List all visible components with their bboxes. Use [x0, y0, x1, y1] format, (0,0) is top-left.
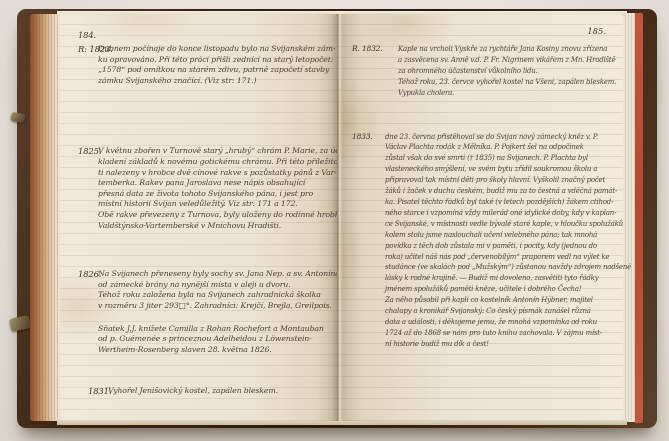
entry-line: lásky k rodné krajině. — Budiž mi dovole…	[385, 273, 617, 284]
entry-year: 1826.	[78, 269, 101, 280]
entry-line: ného starce i vzpomíná vždy milerád oné …	[385, 208, 617, 219]
entry-line: temberka. Rakev pana Jaroslava nese nápi…	[98, 178, 327, 189]
entry-line: Dubnem počínaje do konce listopadu bylo …	[98, 44, 327, 55]
right-page-text: R. 1832.Kaple na vrcholi Vyskře za rycht…	[352, 44, 617, 350]
entry-line: „1578“ pod omítkou na starém zdivu, patr…	[98, 65, 327, 76]
entry-line: vlasteneckého smýšlení, ve svém bytu zří…	[385, 164, 617, 175]
open-chronicle-book: 184. R: 1823.Dubnem počínaje do konce li…	[17, 9, 657, 428]
entry-line: zámku Svijanského značící. (Viz str: 171…	[98, 76, 327, 87]
entry-line: v rozměru 3 jiter 293□°. Zahradníci: Kre…	[98, 301, 327, 312]
entry-line: za ohromného účastenství vůkolního lidu.	[398, 66, 617, 77]
chronicle-entry: 1831.Vyhořel Jenišovický kostel, zapálen…	[88, 386, 327, 397]
page-number-left: 184.	[78, 30, 327, 40]
entry-line: Obě rakve převezeny z Turnova, byly ulož…	[98, 210, 327, 221]
entry-line: Za něho působil při kapli co kostelník A…	[385, 295, 617, 306]
entry-year: 1825.	[78, 146, 101, 157]
entry-year: R. 1832.	[352, 44, 383, 55]
entry-line: dne 23. června přistěhoval se do Svijan …	[385, 132, 617, 143]
book-clasp-icon	[9, 315, 31, 332]
entry-line: Vyhořel Jenišovický kostel, zapálen bles…	[108, 386, 327, 397]
entry-line: Sňatek J.J. knížete Camilla z Rohan Roch…	[98, 324, 327, 335]
chronicle-entry: Sňatek J.J. knížete Camilla z Rohan Roch…	[78, 324, 327, 356]
entry-line: od zámecké brány na nynější místa v alej…	[98, 280, 327, 291]
chronicle-entry: R. 1832.Kaple na vrcholi Vyskře za rycht…	[352, 44, 617, 99]
page-edges-right	[623, 13, 635, 422]
entry-line: Téhož roku založena byla na Svijanech za…	[98, 290, 327, 301]
entry-line: ti nalezeny v hrobce dvě cínové rakve s …	[98, 168, 327, 179]
entry-line: Vypukla cholera.	[398, 88, 617, 99]
chronicle-entry: 1825.V květnu zbořen v Turnově starý „hr…	[78, 146, 327, 231]
chronicle-entry: 1833.dne 23. června přistěhoval se do Sv…	[352, 132, 617, 350]
entry-line: připravoval tak místní děti pro školy hl…	[385, 175, 617, 186]
entry-line: povídka z těch dob zůstala mi v paměti, …	[385, 241, 617, 252]
right-page-entries: R. 1832.Kaple na vrcholi Vyskře za rycht…	[352, 44, 617, 350]
page-edges-left	[30, 14, 60, 421]
page-surface: 184. R: 1823.Dubnem počínaje do konce li…	[60, 14, 623, 421]
entry-line: 1724 až do 1868 se nám pro tuto knihu za…	[385, 328, 617, 339]
entry-line: studánce (ve skalách pod „Mužským“) zůst…	[385, 262, 617, 273]
entry-line: jménem spolužáků paměti kněze, učitele i…	[385, 284, 617, 295]
left-page-entries: R: 1823.Dubnem počínaje do konce listopa…	[78, 44, 327, 397]
entry-line: a zasvěcena sv. Anně v.d. P. Fr. Nigrine…	[398, 55, 617, 66]
entry-line: chalupy a kronikář Svijanský: Co český p…	[385, 306, 617, 317]
entry-line: ní historie budiž mu dík a čest!	[385, 339, 617, 350]
entry-line: ce Svijanské, v místnosti vedle bývalé s…	[385, 219, 617, 230]
entry-year: R: 1823.	[78, 44, 113, 55]
entry-line: ku opravováno. Při této práci přišli zed…	[98, 55, 327, 66]
chronicle-entry: 1826.Na Svijanech přeneseny byly sochy s…	[78, 269, 327, 311]
entry-line: V květnu zbořen v Turnově starý „hrubý“ …	[98, 146, 327, 157]
left-page: 184. R: 1823.Dubnem počínaje do konce li…	[60, 14, 337, 421]
entry-line: kolem stolu jsme naslouchali učení veleb…	[385, 230, 617, 241]
right-page: 185. R. 1832.Kaple na vrcholi Vyskře za …	[337, 14, 623, 421]
entry-line: Wertheim-Rosenberg slaven 28. května 182…	[98, 345, 327, 356]
entry-line: data a události, i děkujeme jemu, že mno…	[385, 317, 617, 328]
entry-line: roka) učitel náš nás pod „červenobílým“ …	[385, 252, 617, 263]
page-number-right: 185.	[587, 26, 606, 36]
entry-line: žáků i žaček v duchu českém, budiž mu za…	[385, 186, 617, 197]
entry-line: Téhož roku, 23. červce vyhořel kostel na…	[398, 77, 617, 88]
entry-line: od p. Guémenée s princeznou Adelheidou z…	[98, 334, 327, 345]
entry-line: zůstal však do své smrti († 1835) na Svi…	[385, 153, 617, 164]
red-fore-edge	[635, 13, 643, 423]
entry-line: Valdštýnsko-Vartemberské v Mnichovu Hrad…	[98, 221, 327, 232]
entry-line: kladení základů k novému gotickému chrám…	[98, 157, 327, 168]
entry-line: Na Svijanech přeneseny byly sochy sv. Ja…	[98, 269, 327, 280]
left-page-text: 184. R: 1823.Dubnem počínaje do konce li…	[78, 30, 327, 397]
chronicle-entry: R: 1823.Dubnem počínaje do konce listopa…	[78, 44, 327, 86]
entry-year: 1833.	[352, 132, 373, 143]
entry-line: Václav Plachta rodák z Mělníka. P. Pojke…	[385, 142, 617, 153]
entry-line: místní historii Svijan veledůležitý. Viz…	[98, 199, 327, 210]
entry-line: ka. Pisatel těchto řádků byl také (v let…	[385, 197, 617, 208]
photo-background: 184. R: 1823.Dubnem počínaje do konce li…	[0, 0, 669, 441]
entry-line: Kaple na vrcholi Vyskře za rychtáře Jana…	[398, 44, 617, 55]
entry-year: 1831.	[88, 386, 111, 397]
book-clasp-icon	[10, 112, 25, 123]
entry-line: přesná data ze života tohoto Svijanského…	[98, 189, 327, 200]
